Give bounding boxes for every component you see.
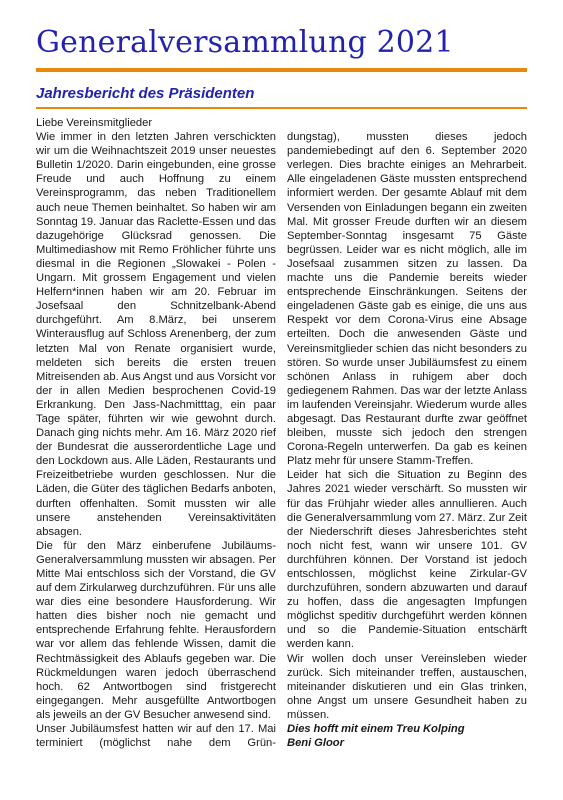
page-title: Generalversammlung 2021 [36,26,527,61]
paragraph: Wir wollen doch unser Vereinsleben wiede… [287,652,527,722]
document-page: Generalversammlung 2021 Jahresbericht de… [0,0,563,800]
section-divider [36,107,527,110]
paragraph: Die für den März einberufene Jubiläums-G… [36,539,276,722]
paragraph: Unser Jubiläumsfest hatten wir auf den 1… [36,722,276,750]
paragraph: Wie immer in den letzten Jahren verschic… [36,130,276,539]
paragraph: dungstag), mussten dieses jedoch pandemi… [287,130,527,468]
article-body: Liebe Vereinsmitglieder Wie immer in den… [36,116,527,780]
left-column: Liebe Vereinsmitglieder Wie immer in den… [36,116,276,780]
right-column: dungstag), mussten dieses jedoch pandemi… [287,116,527,780]
closing-line: Dies hofft mit einem Treu Kolping [287,722,527,736]
paragraph: Leider hat sich die Situation zu Beginn … [287,468,527,651]
section-heading: Jahresbericht des Präsidenten [36,85,527,102]
title-divider [36,68,527,72]
salutation: Liebe Vereinsmitglieder [36,116,276,130]
signature: Beni Gloor [287,736,527,750]
